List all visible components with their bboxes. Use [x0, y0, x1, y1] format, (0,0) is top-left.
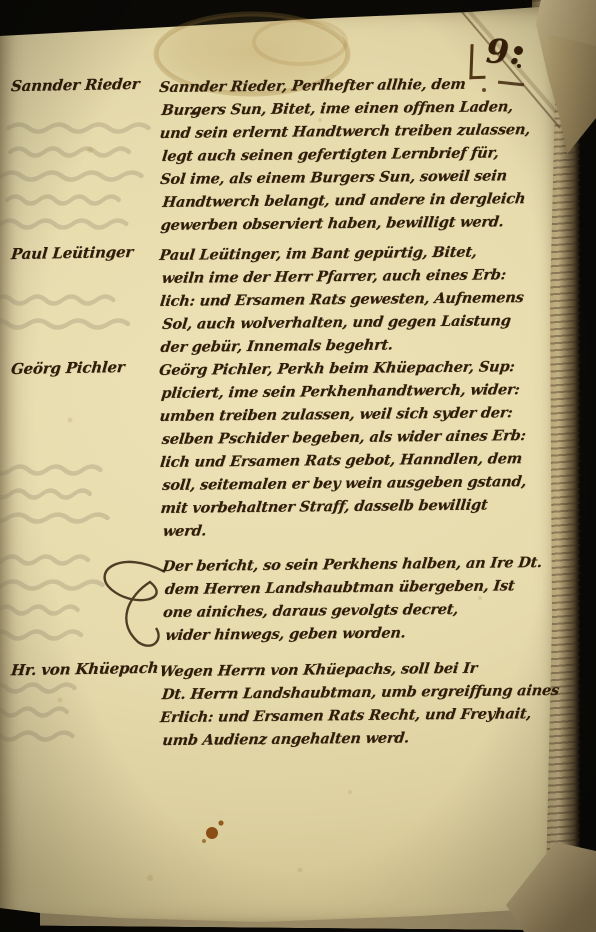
ink-dot: [517, 64, 521, 68]
ink-dot: [514, 46, 523, 55]
margin-name: Paul Leütinger: [10, 243, 134, 263]
entry-text: Der bericht, so sein Perkhens halben, an…: [163, 551, 543, 647]
margin-name: Geörg Pichler: [10, 358, 125, 378]
entry-text: Wegen Herrn von Khüepachs, soll bei Ir D…: [160, 656, 558, 752]
text-line: umb Audienz angehalten werd.: [161, 725, 561, 752]
entry-text: Geörg Pichler, Perkh beim Khüepacher, Su…: [159, 355, 525, 543]
text-line: wider hinwegs, geben worden.: [164, 620, 546, 647]
margin-name: Hr. von Khüepach: [10, 659, 159, 680]
text-line: werd.: [162, 516, 529, 543]
margin-name: Sannder Rieder: [10, 75, 140, 95]
manuscript-photo: 9. Sannder Rieder Sannder Rieder, Perlhe…: [0, 0, 596, 932]
entry-text: Paul Leütinger, im Bant gepürtig, Bitet,…: [159, 240, 524, 359]
entry-text: Sannder Rieder, Perlhefter allhie, dem B…: [159, 72, 531, 237]
text-line: gewerben observiert haben, bewilligt wer…: [159, 210, 532, 237]
